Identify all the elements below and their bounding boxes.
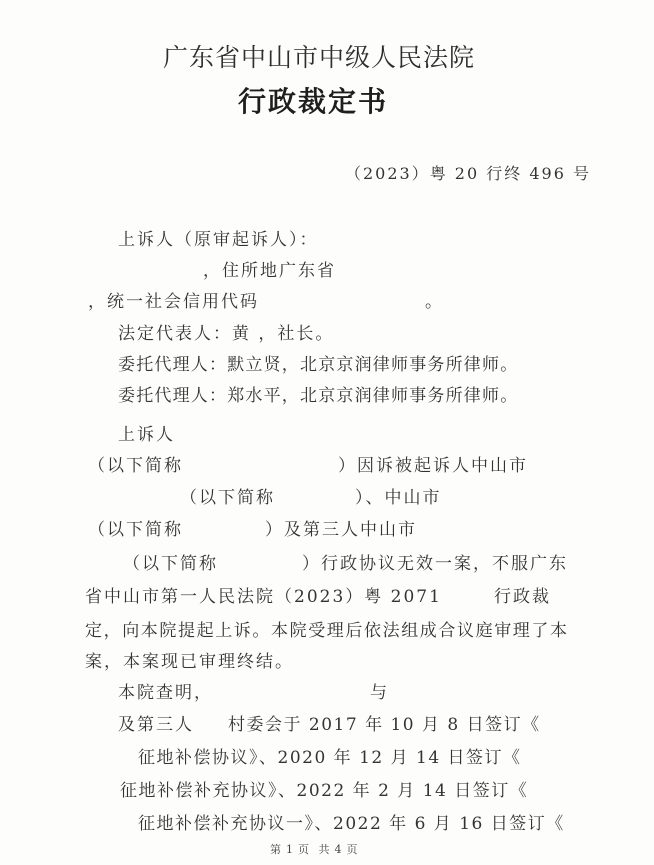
legal-representative: 法定代表人：黄 ，社长。 xyxy=(118,323,334,345)
page-indicator: 第1页 共4页 xyxy=(270,841,363,857)
finding-line-5: 征地补偿补充协议一》、2022 年 6 月 16 日签订《 xyxy=(138,813,565,835)
page-suffix: 页 xyxy=(298,843,310,856)
document-type-title: 行政裁定书 xyxy=(238,80,388,120)
case-line-2a: （以下简称 xyxy=(180,487,275,509)
case-line-7: 案，本案现已审理终结。 xyxy=(85,651,294,673)
appellant-domicile: ，住所地广东省 xyxy=(203,260,336,282)
agent-2: 委托代理人：郑水平，北京京润律师事务所律师。 xyxy=(118,385,518,407)
current-page: 1 xyxy=(286,843,294,856)
appellant-credit-code-end: 。 xyxy=(425,291,444,313)
finding-line-3: 征地补偿协议》、2020 年 12 月 14 日签订《 xyxy=(138,747,522,769)
case-line-2b: ）、中山市 xyxy=(355,487,442,509)
appellant-label: 上诉人（原审起诉人）： xyxy=(118,229,319,251)
case-line-4a: （以下简称 xyxy=(123,553,218,575)
finding-line-2b: 村委会于 2017 年 10 月 8 日签订《 xyxy=(228,714,541,736)
court-name: 广东省中山市中级人民法院 xyxy=(163,38,475,74)
total-pages: 4 xyxy=(335,843,343,856)
total-prefix: 共 xyxy=(319,843,331,856)
case-number: （2023）粤 20 行终 496 号 xyxy=(345,161,591,184)
agent-1: 委托代理人：默立贤，北京京润律师事务所律师。 xyxy=(118,354,518,376)
case-line-5b: 行政裁 xyxy=(494,586,551,608)
case-line-3b: ）及第三人中山市 xyxy=(265,519,417,541)
case-line-3a: （以下简称 xyxy=(88,519,183,541)
finding-line-1b: 与 xyxy=(370,682,389,704)
case-line-5a: 省中山市第一人民法院（2023）粤 2071 xyxy=(85,586,442,608)
finding-line-2a: 及第三人 xyxy=(118,714,194,736)
total-suffix: 页 xyxy=(347,843,359,856)
finding-line-1a: 本院查明， xyxy=(118,682,213,704)
page-prefix: 第 xyxy=(270,843,282,856)
case-line-1a: （以下简称 xyxy=(88,455,183,477)
case-line-6: 定，向本院提起上诉。本院受理后依法组成合议庭审理了本 xyxy=(85,620,569,642)
finding-line-4: 征地补偿补充协议》、2022 年 2 月 14 日签订《 xyxy=(120,780,528,802)
case-line-4b: ）行政协议无效一案，不服广东 xyxy=(302,553,568,575)
appellant-credit-code: ，统一社会信用代码 xyxy=(88,291,259,313)
appellant-intro: 上诉人 xyxy=(118,424,175,446)
case-line-1b: ）因诉被起诉人中山市 xyxy=(338,455,528,477)
